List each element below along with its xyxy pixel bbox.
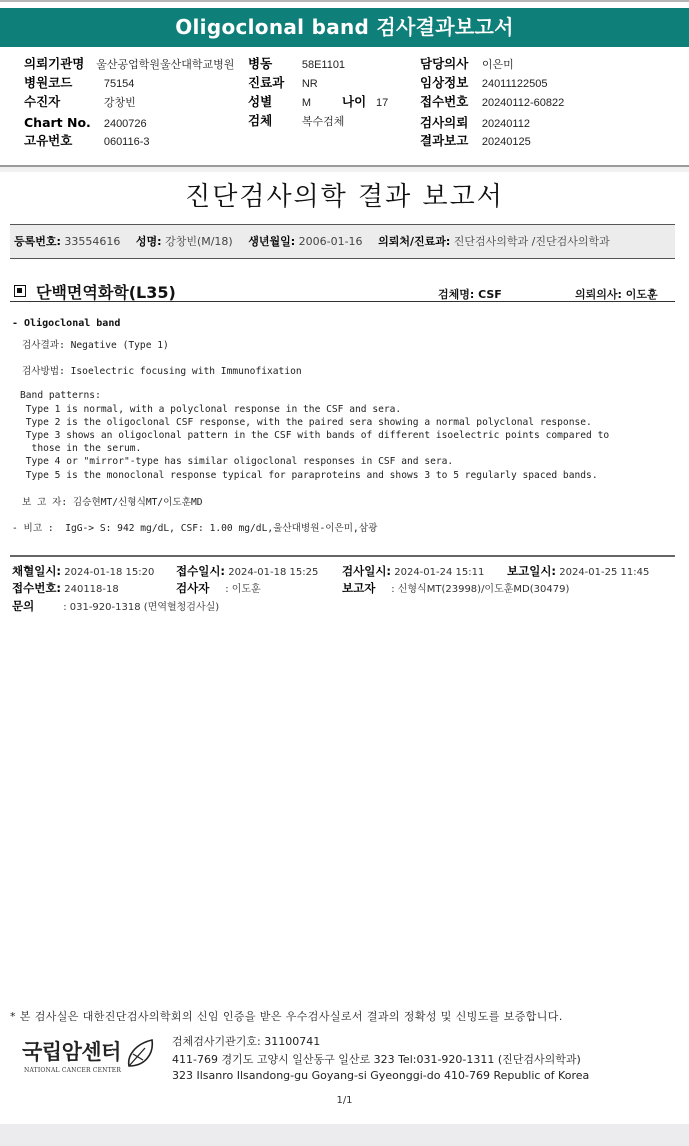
- band-pattern-line: Type 4 or "mirror"-type has similar olig…: [20, 456, 453, 467]
- leaf-icon: [125, 1038, 155, 1070]
- date-of-birth: 2006-01-16: [299, 235, 363, 248]
- band-pattern-line: Type 2 is the oligoclonal CSF response, …: [20, 417, 592, 428]
- patient-summary-bar: 등록번호: 33554616 성명: 강창빈(M/18) 생년월일: 2006-…: [10, 224, 675, 259]
- info-report-date: 결과보고 20240125: [420, 132, 531, 151]
- divider: [10, 555, 675, 557]
- filled-square-icon: [14, 285, 26, 297]
- address-korean: 411-769 경기도 고양시 일산동구 일산로 323 Tel:031-920…: [172, 1051, 581, 1067]
- address-english: 323 Ilsanro Ilsandong-gu Goyang-si Gyeon…: [172, 1069, 589, 1082]
- referring-department: 진단검사의학과 /진단검사의학과: [454, 235, 610, 248]
- info-receipt-number: 접수번호 20240112-60822: [420, 93, 564, 112]
- collected-datetime: 채혈일시: 2024-01-18 15:20: [12, 563, 154, 579]
- tested-datetime: 검사일시: 2024-01-24 15:11: [342, 563, 484, 579]
- registration-number: 33554616: [64, 235, 120, 248]
- info-department: 진료과 NR: [248, 74, 318, 93]
- patient-name: 강창빈(M/18): [165, 235, 233, 248]
- top-border: [0, 0, 689, 2]
- info-unique-no: 고유번호 060116-3: [24, 132, 150, 151]
- tester: 검사자 : 이도훈: [176, 580, 261, 596]
- band-pattern-line: Type 3 shows an oligoclonal pattern in t…: [20, 430, 609, 441]
- test-result: 검사결과: Negative (Type 1): [22, 337, 169, 351]
- info-referring-institution: 의뢰기관명 울산공업학원울산대학교병원: [24, 55, 234, 74]
- band-patterns-header: Band patterns:: [20, 390, 101, 401]
- request-info-panel: 의뢰기관명 울산공업학원울산대학교병원 병원코드 75154 수진자 강창빈 C…: [0, 52, 689, 152]
- requesting-doctor: 의뢰의사: 이도훈: [575, 286, 658, 302]
- section-title: 단백면역화학(L35): [36, 280, 176, 303]
- certification-note: * 본 검사실은 대한진단검사의학회의 신임 인증을 받은 우수검사실로서 결과…: [10, 1008, 563, 1024]
- band-pattern-line: Type 5 is the monoclonal response typica…: [20, 470, 598, 481]
- report-title: 진단검사의학 결과 보고서: [0, 176, 689, 213]
- institution-code: 검체검사기관기호: 31100741: [172, 1033, 320, 1049]
- info-ward: 병동 58E1101: [248, 55, 345, 74]
- divider-shade: [0, 167, 689, 172]
- bottom-gutter: [0, 1124, 689, 1146]
- receipt-number: 접수번호: 240118-18: [12, 580, 119, 596]
- info-age: 나이 17: [342, 93, 388, 112]
- info-attending-doctor: 담당의사 이은미: [420, 55, 514, 74]
- band-pattern-line: Type 1 is normal, with a polyclonal resp…: [20, 404, 401, 415]
- section-header: 단백면역화학(L35) 검체명: CSF 의뢰의사: 이도훈: [10, 280, 675, 302]
- band-pattern-line: those in the serum.: [20, 443, 141, 454]
- reporters: 보 고 자: 김승현MT/신형식MT/이도훈MD: [22, 494, 203, 508]
- info-sex: 성별 M: [248, 93, 311, 112]
- info-request-date: 검사의뢰 20240112: [420, 114, 530, 133]
- test-method: 검사방법: Isoelectric focusing with Immunofi…: [22, 363, 302, 377]
- contact: 문의 : 031-920-1318 (면역혈청검사실): [12, 598, 219, 614]
- received-datetime: 접수일시: 2024-01-18 15:25: [176, 563, 318, 579]
- report-header-title: Oligoclonal band 검사결과보고서: [0, 8, 689, 47]
- specimen-name: 검체명: CSF: [438, 286, 502, 302]
- info-specimen: 검체 복수검체: [248, 112, 344, 131]
- reporter: 보고자 : 신형식MT(23998)/이도훈MD(30479): [342, 580, 569, 596]
- info-chart-no: Chart No. 2400726: [24, 114, 147, 133]
- info-patient-name: 수진자 강창빈: [24, 93, 136, 112]
- info-hospital-code: 병원코드 75154: [24, 74, 134, 93]
- test-name: - Oligoclonal band: [12, 318, 120, 329]
- info-clinical-info: 임상정보 24011122505: [420, 74, 548, 93]
- remark: - 비고 : IgG-> S: 942 mg/dL, CSF: 1.00 mg/…: [12, 520, 377, 534]
- page-number: 1/1: [0, 1095, 689, 1106]
- national-cancer-center-logo: 국립암센터 NATIONAL CANCER CENTER: [22, 1036, 152, 1084]
- reported-datetime: 보고일시: 2024-01-25 11:45: [507, 563, 649, 579]
